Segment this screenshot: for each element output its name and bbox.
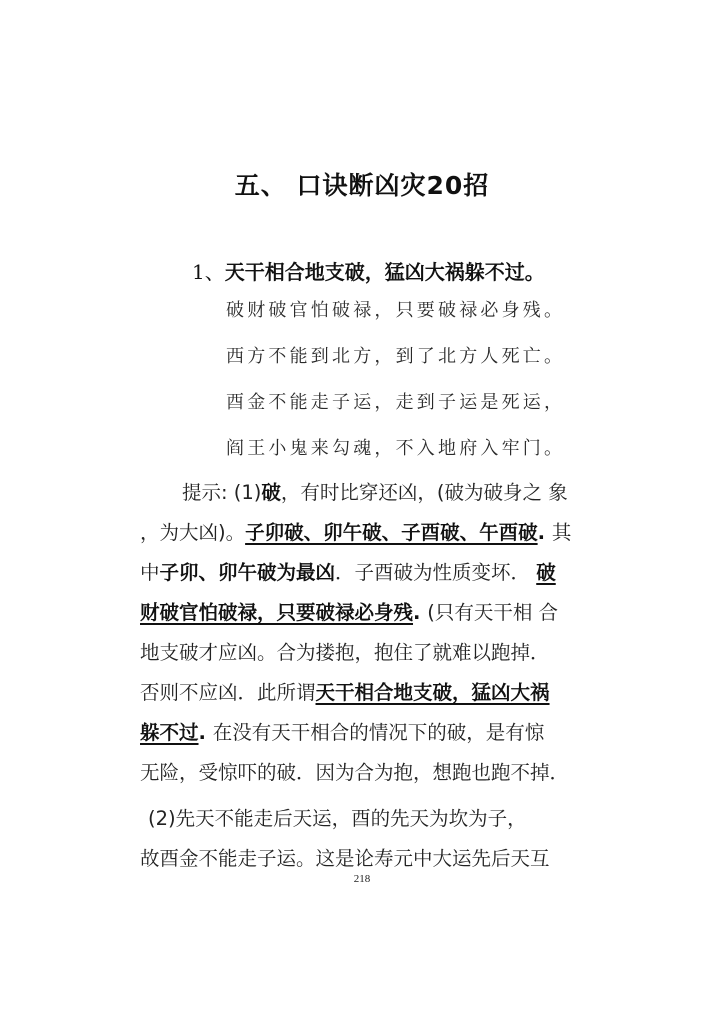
text-segment: ，有时比穿还凶，(破为破身之 象 — [281, 481, 568, 504]
verse-line: 阎王小鬼来勾魂，不入地府入牢门。 — [226, 434, 565, 460]
text-segment: 在没有天干相合的情况下的破，是有惊 — [213, 721, 545, 744]
paragraph-line: 中子卯、卯午破为最凶．子酉破为性质变坏． 破 — [140, 557, 556, 585]
verse-line: 酉金不能走子运，走到子运是死运， — [226, 388, 565, 414]
text-segment: 躲不过 — [140, 721, 199, 744]
text-segment: 无险，受惊吓的破．因为合为抱，想跑也跑不掉． — [140, 761, 569, 784]
paragraph-line: 提示: (1)破，有时比穿还凶，(破为破身之 象 — [182, 477, 568, 505]
text-segment: 中 — [140, 561, 160, 584]
text-segment: 财破官怕破禄，只要破禄必身残 — [140, 601, 413, 624]
text-segment: 子卯破、卯午破、子酉破、午酉破 — [245, 521, 538, 544]
text-segment: . — [538, 521, 552, 544]
verse-line: 破财破官怕破禄，只要破禄必身残。 — [226, 296, 565, 322]
text-segment: 故酉金不能走子运。这是论寿元中大运先后天互 — [140, 847, 550, 870]
text-segment: 地支破才应凶。合为搂抱，抱住了就难以跑掉． — [140, 641, 550, 664]
paragraph-line: ，为大凶)。子卯破、卯午破、子酉破、午酉破. 其 — [140, 517, 571, 545]
paragraph-line: 躲不过. 在没有天干相合的情况下的破，是有惊 — [140, 717, 544, 745]
text-segment: 提示: — [182, 481, 228, 504]
text-segment: (1) — [228, 481, 262, 504]
verse-line: 西方不能到北方，到了北方人死亡。 — [226, 342, 565, 368]
text-segment: ，为大凶)。 — [140, 521, 245, 544]
text-segment: 其 — [552, 521, 572, 544]
section-heading: 1、天干相合地支破，猛凶大祸躲不过。 — [192, 256, 545, 285]
document-page: 五、 口诀断凶灾20招 1、天干相合地支破，猛凶大祸躲不过。 破财破官怕破禄，只… — [0, 0, 724, 1024]
paragraph-line: (2)先天不能走后天运，酉的先天为坎为子， — [148, 803, 527, 831]
paragraph-line: 无险，受惊吓的破．因为合为抱，想跑也跑不掉． — [140, 757, 569, 785]
section-number: 1、 — [192, 260, 225, 284]
text-segment: ．子酉破为性质变坏． — [335, 561, 536, 584]
text-segment: 破 — [261, 481, 281, 504]
paragraph-line: 财破官怕破禄，只要破禄必身残. (只有天干相 合 — [140, 597, 558, 625]
paragraph-line: 故酉金不能走子运。这是论寿元中大运先后天互 — [140, 843, 550, 871]
chapter-title: 五、 口诀断凶灾20招 — [0, 166, 724, 202]
paragraph-line: 地支破才应凶。合为搂抱，抱住了就难以跑掉． — [140, 637, 550, 665]
text-segment: (2)先天不能走后天运，酉的先天为坎为子， — [148, 807, 527, 830]
text-segment: (只有天干相 合 — [427, 601, 558, 624]
text-segment: . — [199, 721, 213, 744]
paragraph-line: 否则不应凶．此所谓天干相合地支破，猛凶大祸 — [140, 677, 550, 705]
text-segment: 天干相合地支破，猛凶大祸 — [316, 681, 550, 704]
text-segment: 否则不应凶．此所谓 — [140, 681, 316, 704]
page-number: 218 — [0, 873, 724, 885]
text-segment: . — [413, 601, 427, 624]
text-segment: 子卯、卯午破为最凶 — [160, 561, 336, 584]
section-heading-text: 天干相合地支破，猛凶大祸躲不过。 — [225, 260, 545, 284]
text-segment: 破 — [536, 561, 556, 584]
